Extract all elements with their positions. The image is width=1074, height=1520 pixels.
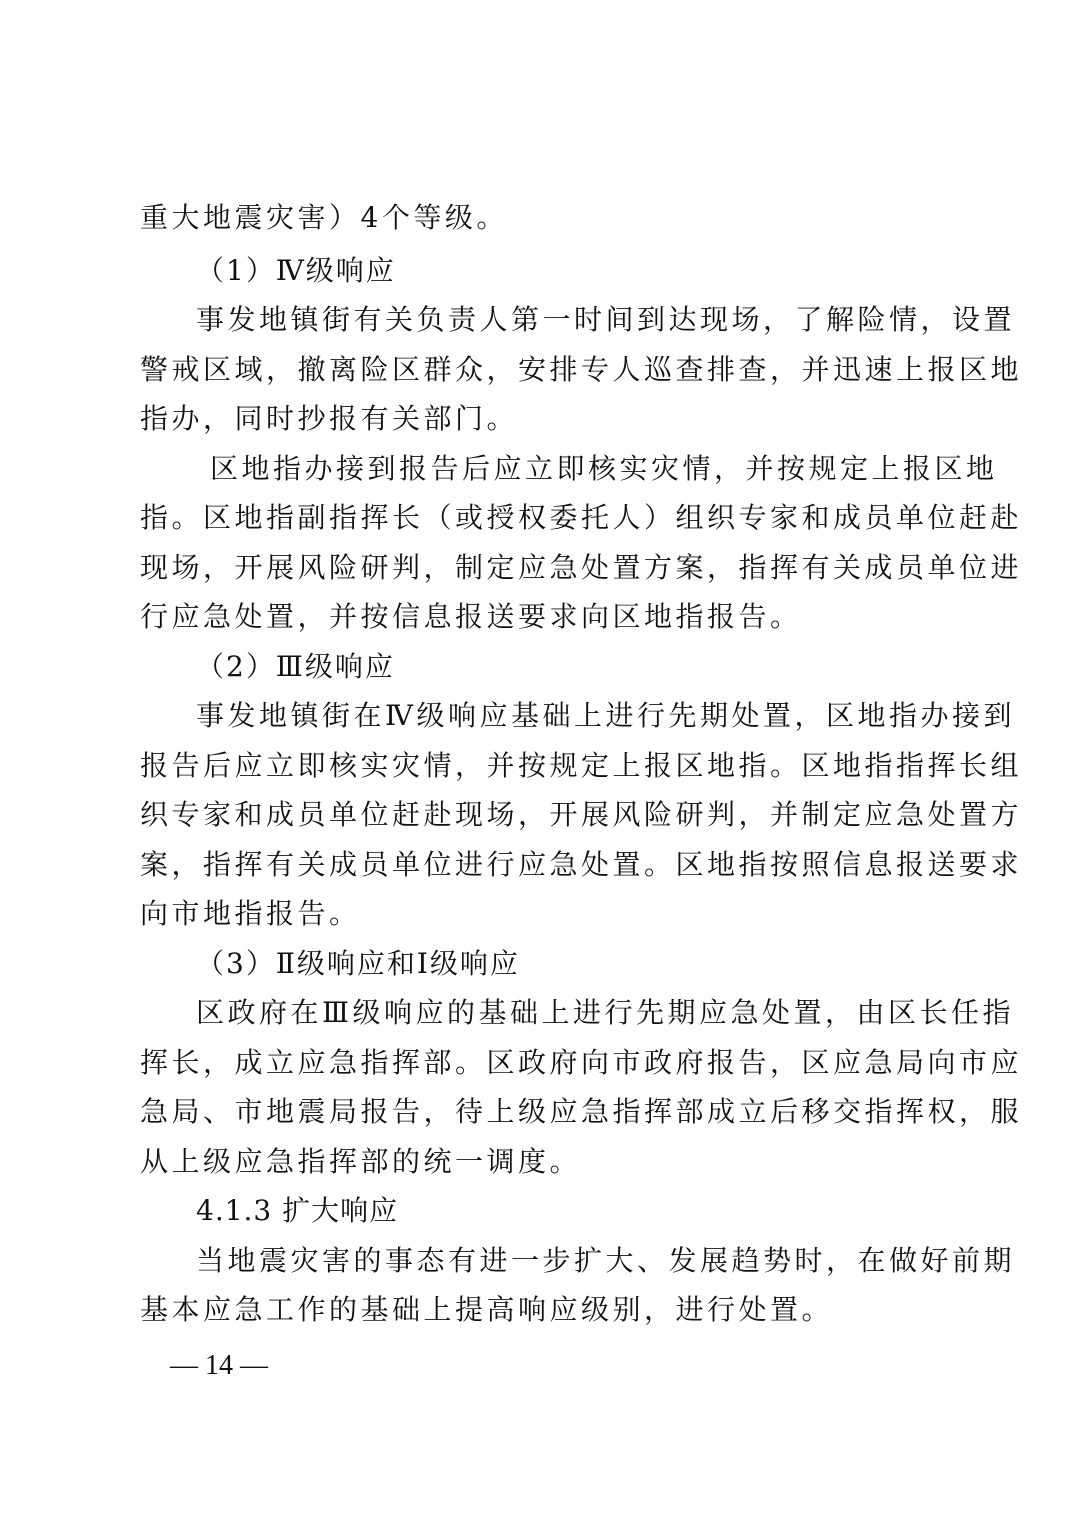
paragraph-line: 行应急处置，并按信息报送要求向区地指报告。 <box>140 597 940 637</box>
paragraph-line: 指办，同时抄报有关部门。 <box>140 399 940 439</box>
paragraph-line: 重大地震灾害）4个等级。 <box>140 198 940 238</box>
section-heading-level-3: （2）Ⅲ级响应 <box>196 647 996 687</box>
section-heading-level-4: （1）Ⅳ级响应 <box>196 251 996 291</box>
paragraph-line: 事发地镇街有关负责人第一时间到达现场，了解险情，设置 <box>196 300 996 340</box>
section-heading-level-2-1: （3）Ⅱ级响应和Ⅰ级响应 <box>196 944 996 984</box>
section-heading-4-1-3: 4.1.3 扩大响应 <box>196 1191 996 1231</box>
paragraph-line: 现场，开展风险研判，制定应急处置方案，指挥有关成员单位进 <box>140 548 940 588</box>
paragraph-line: 从上级应急指挥部的统一调度。 <box>140 1142 940 1182</box>
paragraph-line: 急局、市地震局报告，待上级应急指挥部成立后移交指挥权，服 <box>140 1092 940 1132</box>
paragraph-line: 区政府在Ⅲ级响应的基础上进行先期应急处置，由区长任指 <box>196 993 996 1033</box>
paragraph-line: 指。区地指副指挥长（或授权委托人）组织专家和成员单位赶赴 <box>140 498 940 538</box>
paragraph-line: 事发地镇街在Ⅳ级响应基础上进行先期处置，区地指办接到 <box>196 696 996 736</box>
paragraph-line: 案，指挥有关成员单位进行应急处置。区地指按照信息报送要求 <box>140 845 940 885</box>
paragraph-line: 报告后应立即核实灾情，并按规定上报区地指。区地指指挥长组 <box>140 746 940 786</box>
paragraph-line: 区地指办接到报告后应立即核实灾情，并按规定上报区地 <box>210 449 1010 489</box>
paragraph-line: 向市地指报告。 <box>140 894 940 934</box>
paragraph-line: 当地震灾害的事态有进一步扩大、发展趋势时，在做好前期 <box>196 1241 996 1281</box>
paragraph-line: 基本应急工作的基础上提高响应级别，进行处置。 <box>140 1290 940 1330</box>
document-page: 重大地震灾害）4个等级。 （1）Ⅳ级响应 事发地镇街有关负责人第一时间到达现场，… <box>0 0 1074 1520</box>
paragraph-line: 警戒区域，撤离险区群众，安排专人巡查排查，并迅速上报区地 <box>140 350 940 390</box>
paragraph-line: 织专家和成员单位赶赴现场，开展风险研判，并制定应急处置方 <box>140 795 940 835</box>
page-number: — 14 — <box>170 1346 268 1386</box>
paragraph-line: 挥长，成立应急指挥部。区政府向市政府报告，区应急局向市应 <box>140 1043 940 1083</box>
